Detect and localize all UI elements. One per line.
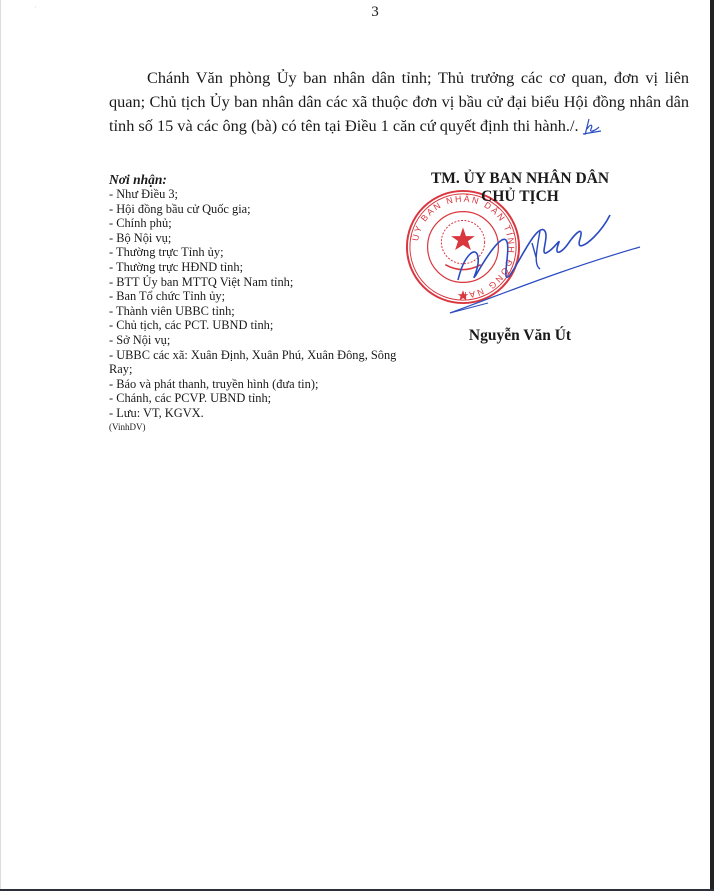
recipient-item: - Chính phủ; <box>109 216 409 231</box>
recipients-title: Nơi nhận: <box>109 172 409 187</box>
recipient-item: - Như Điều 3; <box>109 187 409 202</box>
recipient-item: - Thường trực Tỉnh ủy; <box>109 245 409 260</box>
handwritten-signature-icon <box>440 195 650 320</box>
recipient-item: - BTT Ủy ban MTTQ Việt Nam tỉnh; <box>109 275 409 290</box>
recipient-item: - Sở Nội vụ; <box>109 333 409 348</box>
recipient-item: - UBBC các xã: Xuân Định, Xuân Phú, Xuân… <box>109 348 409 377</box>
closing-paragraph: Chánh Văn phòng Ủy ban nhân dân tỉnh; Th… <box>109 66 689 138</box>
signer-name: Nguyễn Văn Út <box>400 327 640 345</box>
recipient-item: - Lưu: VT, KGVX. <box>109 406 409 421</box>
initial-mark-icon <box>579 117 603 137</box>
recipients-list: Nơi nhận: - Như Điều 3; - Hội đồng bầu c… <box>109 172 409 433</box>
viewer-right-border <box>710 0 714 891</box>
signer-org: TM. ỦY BAN NHÂN DÂN <box>400 170 640 188</box>
page-left-edge <box>0 0 1 891</box>
recipient-item: - Thành viên UBBC tỉnh; <box>109 304 409 319</box>
recipient-item: - Thường trực HĐND tỉnh; <box>109 260 409 275</box>
recipient-item: - Ban Tổ chức Tỉnh ủy; <box>109 289 409 304</box>
recipient-item: - Bộ Nội vụ; <box>109 231 409 246</box>
recipient-item: - Chánh, các PCVP. UBND tỉnh; <box>109 391 409 406</box>
recipient-item: - Hội đồng bầu cử Quốc gia; <box>109 202 409 217</box>
page-number: 3 <box>0 4 714 21</box>
recipient-item: - Báo và phát thanh, truyền hình (đưa ti… <box>109 377 409 392</box>
recipients-note: (VinhDV) <box>109 421 409 433</box>
recipient-item: - Chủ tịch, các PCT. UBND tỉnh; <box>109 318 409 333</box>
